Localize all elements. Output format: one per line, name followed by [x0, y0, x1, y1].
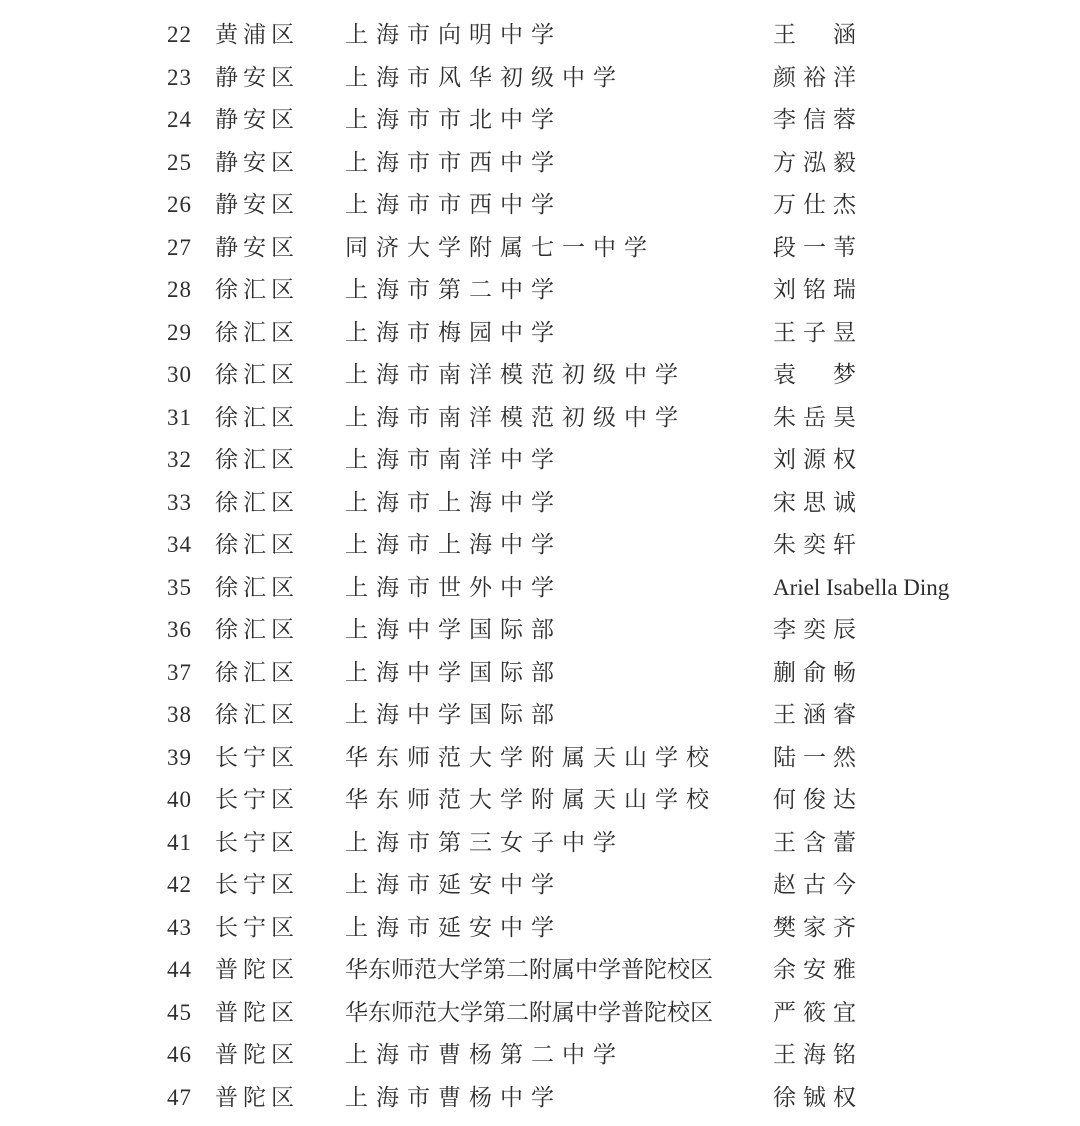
row-number: 44: [167, 949, 192, 992]
district-cell: 长宁区: [215, 737, 299, 780]
table-row: 25 静安区 上海市市西中学 方泓毅: [0, 142, 1080, 185]
table-row: 32 徐汇区 上海市南洋中学 刘源权: [0, 439, 1080, 482]
row-number: 47: [167, 1077, 192, 1120]
district-cell: 徐汇区: [215, 609, 299, 652]
school-cell: 上海市曹杨第二中学: [345, 1034, 624, 1077]
school-cell: 上海市曹杨中学: [345, 1077, 562, 1120]
name-cell: 王含蕾: [773, 822, 863, 865]
name-cell: 蒯俞畅: [773, 652, 863, 695]
district-cell: 徐汇区: [215, 567, 299, 610]
school-cell: 上海市第二中学: [345, 269, 562, 312]
district-cell: 静安区: [215, 142, 299, 185]
table-row: 44 普陀区 华东师范大学第二附属中学普陀校区 余安雅: [0, 949, 1080, 992]
school-cell: 上海中学国际部: [345, 652, 562, 695]
district-cell: 静安区: [215, 57, 299, 100]
table-row: 46 普陀区 上海市曹杨第二中学 王海铭: [0, 1034, 1080, 1077]
district-cell: 徐汇区: [215, 652, 299, 695]
district-cell: 徐汇区: [215, 694, 299, 737]
row-number: 43: [167, 907, 192, 950]
name-cell: 何俊达: [773, 779, 863, 822]
name-cell: 严筱宜: [773, 992, 863, 1035]
school-cell: 上海市市北中学: [345, 99, 562, 142]
name-cell: 徐铖权: [773, 1077, 863, 1120]
row-number: 23: [167, 57, 192, 100]
school-cell: 华东师范大学附属天山学校: [345, 737, 717, 780]
table-row: 39 长宁区 华东师范大学附属天山学校 陆一然: [0, 737, 1080, 780]
name-cell: 樊家齐: [773, 907, 863, 950]
school-cell: 上海市上海中学: [345, 524, 562, 567]
row-number: 40: [167, 779, 192, 822]
name-cell: 袁 梦: [773, 354, 863, 397]
district-cell: 徐汇区: [215, 354, 299, 397]
row-number: 37: [167, 652, 192, 695]
row-number: 22: [167, 14, 192, 57]
name-cell: 刘铭瑞: [773, 269, 863, 312]
name-cell: 刘源权: [773, 439, 863, 482]
school-cell: 华东师范大学附属天山学校: [345, 779, 717, 822]
row-number: 30: [167, 354, 192, 397]
name-cell: 方泓毅: [773, 142, 863, 185]
table-row: 37 徐汇区 上海中学国际部 蒯俞畅: [0, 652, 1080, 695]
school-cell: 上海市延安中学: [345, 907, 562, 950]
name-cell: 王涵睿: [773, 694, 863, 737]
table-row: 23 静安区 上海市风华初级中学 颜裕洋: [0, 57, 1080, 100]
table-row: 29 徐汇区 上海市梅园中学 王子昱: [0, 312, 1080, 355]
table-row: 47 普陀区 上海市曹杨中学 徐铖权: [0, 1077, 1080, 1120]
school-cell: 上海市梅园中学: [345, 312, 562, 355]
district-cell: 黄浦区: [215, 14, 299, 57]
table-row: 27 静安区 同济大学附属七一中学 段一苇: [0, 227, 1080, 270]
name-cell: 赵古今: [773, 864, 863, 907]
document-page: 22 黄浦区 上海市向明中学 王 涵 23 静安区 上海市风华初级中学 颜裕洋 …: [0, 0, 1080, 1126]
row-number: 38: [167, 694, 192, 737]
row-number: 26: [167, 184, 192, 227]
name-cell: 朱奕轩: [773, 524, 863, 567]
district-cell: 徐汇区: [215, 269, 299, 312]
name-cell: 王 涵: [773, 14, 863, 57]
school-cell: 上海市第三女子中学: [345, 822, 624, 865]
table-row: 33 徐汇区 上海市上海中学 宋思诚: [0, 482, 1080, 525]
table-row: 30 徐汇区 上海市南洋模范初级中学 袁 梦: [0, 354, 1080, 397]
name-cell: 王海铭: [773, 1034, 863, 1077]
row-number: 33: [167, 482, 192, 525]
district-cell: 长宁区: [215, 779, 299, 822]
name-cell: Ariel Isabella Ding: [773, 567, 949, 610]
district-cell: 普陀区: [215, 949, 299, 992]
district-cell: 普陀区: [215, 1034, 299, 1077]
district-cell: 徐汇区: [215, 482, 299, 525]
school-cell: 上海市南洋中学: [345, 439, 562, 482]
district-cell: 静安区: [215, 99, 299, 142]
school-cell: 上海市上海中学: [345, 482, 562, 525]
school-cell: 上海市世外中学: [345, 567, 562, 610]
name-cell: 宋思诚: [773, 482, 863, 525]
name-cell: 陆一然: [773, 737, 863, 780]
district-cell: 普陀区: [215, 992, 299, 1035]
row-number: 27: [167, 227, 192, 270]
district-cell: 徐汇区: [215, 439, 299, 482]
table-row: 24 静安区 上海市市北中学 李信蓉: [0, 99, 1080, 142]
table-row: 31 徐汇区 上海市南洋模范初级中学 朱岳昊: [0, 397, 1080, 440]
row-number: 28: [167, 269, 192, 312]
row-number: 35: [167, 567, 192, 610]
school-cell: 上海中学国际部: [345, 694, 562, 737]
district-cell: 长宁区: [215, 822, 299, 865]
table-row: 35 徐汇区 上海市世外中学 Ariel Isabella Ding: [0, 567, 1080, 610]
row-number: 46: [167, 1034, 192, 1077]
row-number: 29: [167, 312, 192, 355]
name-cell: 段一苇: [773, 227, 863, 270]
table-row: 40 长宁区 华东师范大学附属天山学校 何俊达: [0, 779, 1080, 822]
row-number: 36: [167, 609, 192, 652]
district-cell: 长宁区: [215, 864, 299, 907]
row-number: 25: [167, 142, 192, 185]
table-row: 38 徐汇区 上海中学国际部 王涵睿: [0, 694, 1080, 737]
school-cell: 上海市南洋模范初级中学: [345, 354, 686, 397]
table-row: 42 长宁区 上海市延安中学 赵古今: [0, 864, 1080, 907]
table-row: 45 普陀区 华东师范大学第二附属中学普陀校区 严筱宜: [0, 992, 1080, 1035]
name-cell: 万仕杰: [773, 184, 863, 227]
name-cell: 王子昱: [773, 312, 863, 355]
school-cell: 上海市南洋模范初级中学: [345, 397, 686, 440]
row-number: 31: [167, 397, 192, 440]
row-number: 41: [167, 822, 192, 865]
school-cell: 上海市延安中学: [345, 864, 562, 907]
district-cell: 长宁区: [215, 907, 299, 950]
name-cell: 颜裕洋: [773, 57, 863, 100]
school-cell: 上海市市西中学: [345, 142, 562, 185]
school-cell: 上海市向明中学: [345, 14, 562, 57]
table-row: 43 长宁区 上海市延安中学 樊家齐: [0, 907, 1080, 950]
name-cell: 李信蓉: [773, 99, 863, 142]
name-cell: 李奕辰: [773, 609, 863, 652]
district-cell: 静安区: [215, 227, 299, 270]
district-cell: 静安区: [215, 184, 299, 227]
school-cell: 上海市市西中学: [345, 184, 562, 227]
row-number: 24: [167, 99, 192, 142]
row-number: 34: [167, 524, 192, 567]
school-cell: 华东师范大学第二附属中学普陀校区: [345, 992, 713, 1035]
school-cell: 上海市风华初级中学: [345, 57, 624, 100]
district-cell: 普陀区: [215, 1077, 299, 1120]
table-row: 26 静安区 上海市市西中学 万仕杰: [0, 184, 1080, 227]
table-row: 28 徐汇区 上海市第二中学 刘铭瑞: [0, 269, 1080, 312]
district-cell: 徐汇区: [215, 312, 299, 355]
school-cell: 上海中学国际部: [345, 609, 562, 652]
table-row: 34 徐汇区 上海市上海中学 朱奕轩: [0, 524, 1080, 567]
district-cell: 徐汇区: [215, 397, 299, 440]
row-number: 32: [167, 439, 192, 482]
table-row: 22 黄浦区 上海市向明中学 王 涵: [0, 14, 1080, 57]
district-cell: 徐汇区: [215, 524, 299, 567]
school-cell: 同济大学附属七一中学: [345, 227, 655, 270]
name-cell: 余安雅: [773, 949, 863, 992]
table-row: 36 徐汇区 上海中学国际部 李奕辰: [0, 609, 1080, 652]
row-number: 39: [167, 737, 192, 780]
row-number: 45: [167, 992, 192, 1035]
name-cell: 朱岳昊: [773, 397, 863, 440]
school-cell: 华东师范大学第二附属中学普陀校区: [345, 949, 713, 992]
roster-table: 22 黄浦区 上海市向明中学 王 涵 23 静安区 上海市风华初级中学 颜裕洋 …: [0, 14, 1080, 1119]
table-row: 41 长宁区 上海市第三女子中学 王含蕾: [0, 822, 1080, 865]
row-number: 42: [167, 864, 192, 907]
